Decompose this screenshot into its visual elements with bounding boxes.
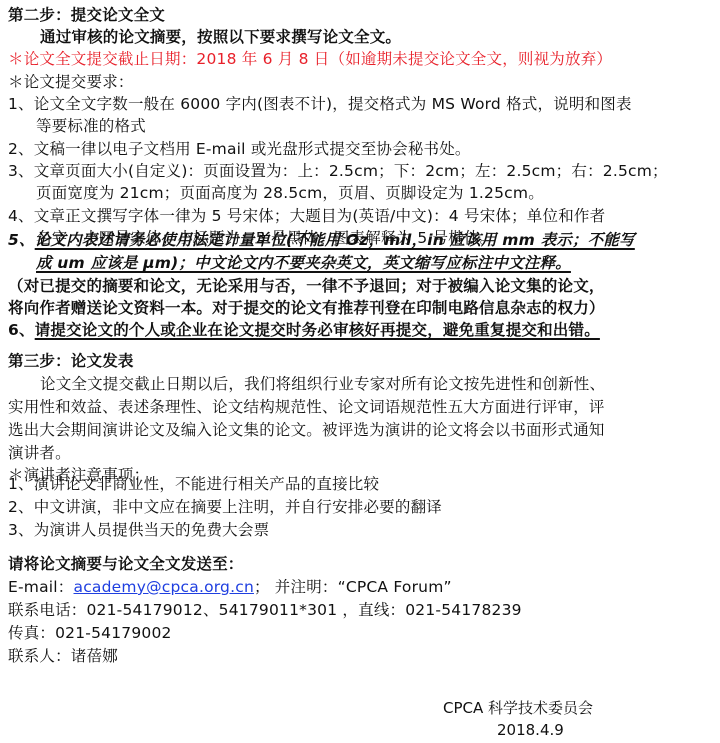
email-label: E-mail： bbox=[8, 578, 74, 596]
step3-para-line-2: 实用性和效益、表述条理性、论文结构规范性、论文词语规范性五大方面进行评审，评 bbox=[8, 395, 605, 419]
requirements-heading: ＊论文提交要求： bbox=[8, 70, 134, 94]
item-text: 请提交论文的个人或企业在论文提交时务必审核好再提交，避免重复提交和出错。 bbox=[35, 321, 600, 339]
step3-title: 第三步：论文发表 bbox=[8, 349, 134, 373]
contact-phone: 联系电话：021-54179012、54179011*301 ，直线：021-5… bbox=[8, 598, 522, 622]
step3-para-line-4: 演讲者。 bbox=[8, 441, 71, 465]
item-text: 论文全文字数一般在 6000 字内(图表不计)，提交格式为 MS Word 格式… bbox=[34, 95, 632, 113]
step2-title: 第二步：提交论文全文 bbox=[8, 3, 165, 27]
item-number: 4、 bbox=[8, 207, 34, 225]
requirement-item-4: 4、文章正文撰写字体一律为 5 号宋体；大题目为(英语/中文)：4 号宋体；单位… bbox=[8, 204, 605, 228]
item-text: 文章页面大小(自定义)：页面设置为：上：2.5cm；下：2cm；左：2.5cm；… bbox=[34, 162, 668, 180]
item-text: 论文内表述请务必使用法定计量单位(不能用 Oz，mil，in 应该用 mm 表示… bbox=[35, 231, 635, 249]
requirement-item-5: 5、论文内表述请务必使用法定计量单位(不能用 Oz，mil，in 应该用 mm … bbox=[8, 228, 635, 252]
speaker-note-3: 3、为演讲人员提供当天的免费大会票 bbox=[8, 518, 269, 542]
email-suffix: ； 并注明：“CPCA Forum” bbox=[254, 578, 452, 596]
requirement-item-5-cont: 成 um 应该是 μm)；中文论文内不要夹杂英文，英文缩写应标注中文注释。 bbox=[36, 251, 571, 275]
item-text: 文稿一律以电子文档用 E-mail 或光盘形式提交至协会秘书处。 bbox=[34, 140, 471, 158]
contact-fax: 传真：021-54179002 bbox=[8, 621, 172, 645]
item-number: 1、 bbox=[8, 95, 34, 113]
contact-email-line: E-mail：academy@cpca.org.cn； 并注明：“CPCA Fo… bbox=[8, 575, 452, 599]
signature-org: CPCA 科学技术委员会 bbox=[443, 697, 593, 719]
signature-date: 2018.4.9 bbox=[497, 719, 564, 741]
deadline-notice: ＊论文全文提交截止日期：2018 年 6 月 8 日（如逾期未提交论文全文，则视… bbox=[8, 47, 612, 71]
requirement-item-2: 2、文稿一律以电子文档用 E-mail 或光盘形式提交至协会秘书处。 bbox=[8, 137, 471, 161]
step3-para-line-3: 选出大会期间演讲论文及编入论文集的论文。被评选为演讲的论文将会以书面形式通知 bbox=[8, 418, 605, 442]
email-link[interactable]: academy@cpca.org.cn bbox=[74, 578, 254, 596]
item-number: 5、 bbox=[8, 231, 35, 249]
requirement-item-1-cont: 等要标准的格式 bbox=[36, 114, 146, 138]
requirement-item-3: 3、文章页面大小(自定义)：页面设置为：上：2.5cm；下：2cm；左：2.5c… bbox=[8, 159, 668, 183]
item-number: 6、 bbox=[8, 321, 35, 339]
speaker-note-2: 2、中文讲演，非中文应在摘要上注明，并自行安排必要的翻译 bbox=[8, 495, 442, 519]
contact-heading: 请将论文摘要与论文全文发送至： bbox=[8, 552, 244, 576]
requirement-item-3-cont: 页面宽度为 21cm；页面高度为 28.5cm，页眉、页脚设定为 1.25cm。 bbox=[36, 181, 544, 205]
item-text: 成 um 应该是 μm)；中文论文内不要夹杂英文，英文缩写应标注中文注释。 bbox=[36, 254, 571, 272]
note-line-1: （对已提交的摘要和论文，无论采用与否，一律不予退回；对于被编入论文集的论文， bbox=[8, 274, 605, 298]
item-text: 文章正文撰写字体一律为 5 号宋体；大题目为(英语/中文)：4 号宋体；单位和作… bbox=[34, 207, 606, 225]
item-number: 3、 bbox=[8, 162, 34, 180]
item-number: 2、 bbox=[8, 140, 34, 158]
requirement-item-1: 1、论文全文字数一般在 6000 字内(图表不计)，提交格式为 MS Word … bbox=[8, 92, 632, 116]
contact-person: 联系人：诸蓓娜 bbox=[8, 644, 118, 668]
speaker-note-1: 1、演讲论文非商业性，不能进行相关产品的直接比较 bbox=[8, 472, 379, 496]
requirement-item-6: 6、请提交论文的个人或企业在论文提交时务必审核好再提交，避免重复提交和出错。 bbox=[8, 318, 600, 342]
step2-intro: 通过审核的论文摘要，按照以下要求撰写论文全文。 bbox=[40, 25, 401, 49]
step3-para-line-1: 论文全文提交截止日期以后，我们将组织行业专家对所有论文按先进性和创新性、 bbox=[40, 372, 605, 396]
note-line-2: 将向作者赠送论文资料一本。对于提交的论文有推荐刊登在印制电路信息杂志的权力） bbox=[8, 296, 605, 320]
